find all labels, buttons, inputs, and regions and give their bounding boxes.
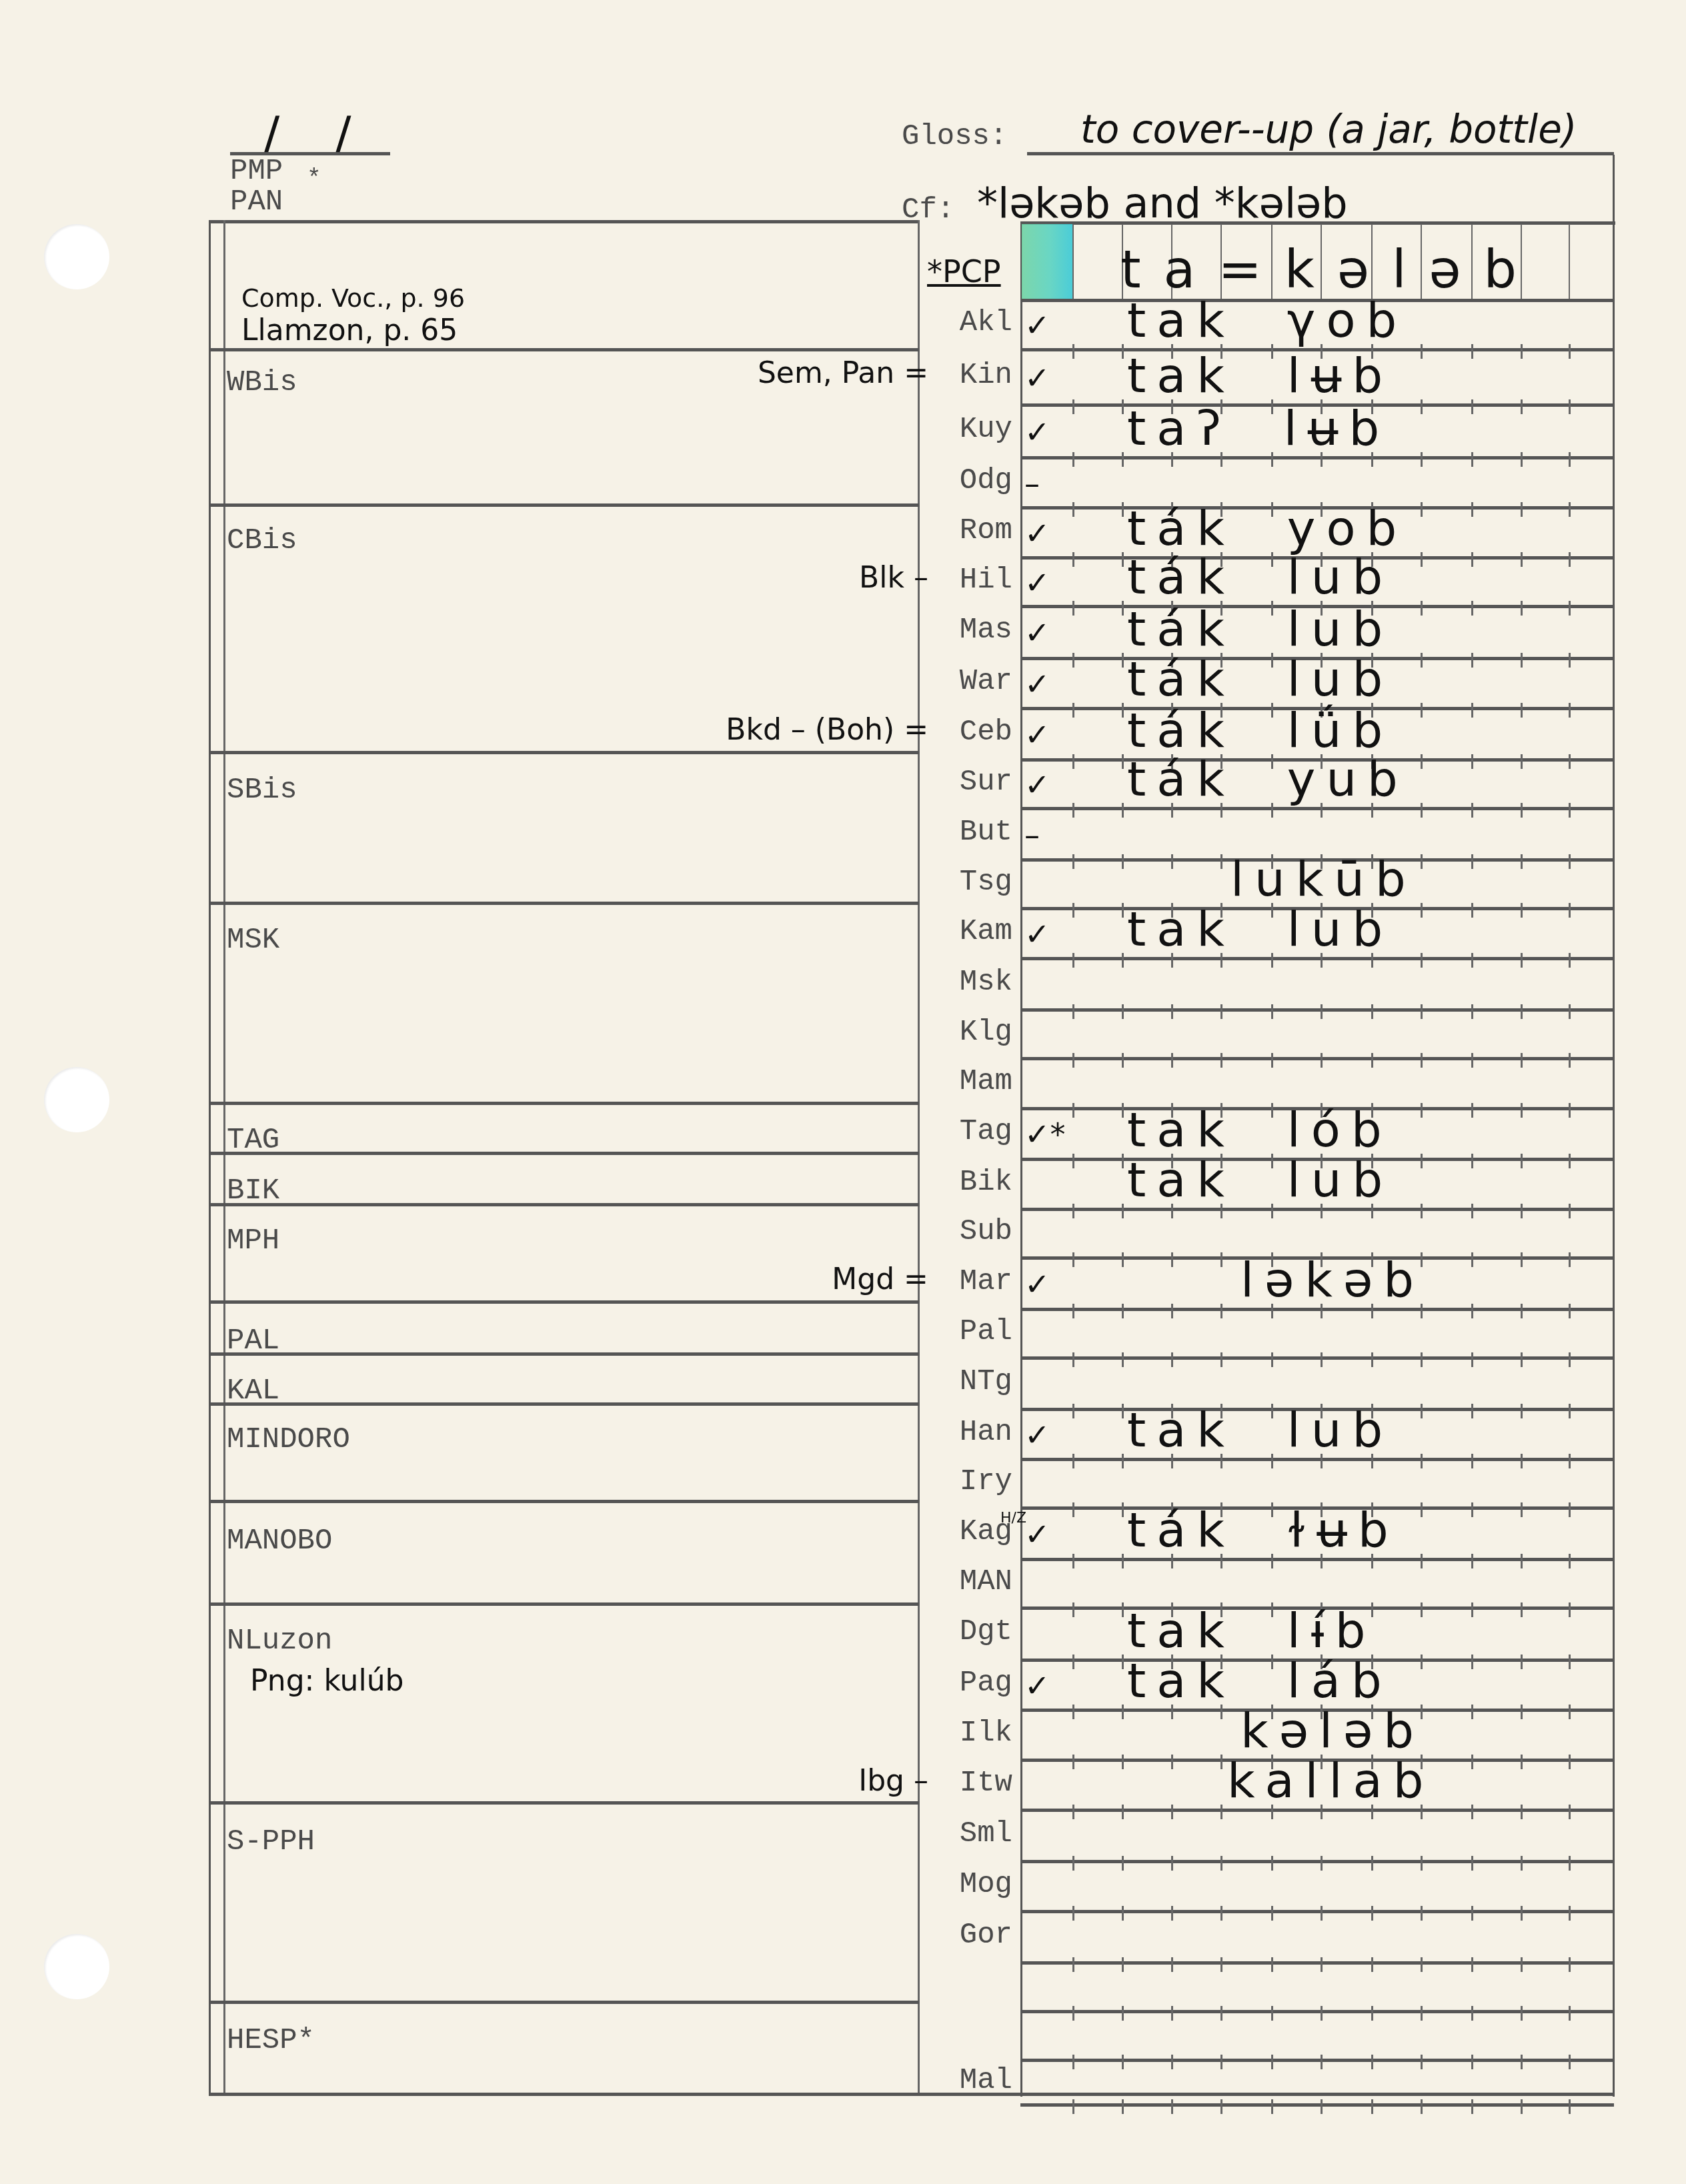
grid-tick [1122,452,1124,467]
grid-tick [1171,2099,1173,2114]
grid-tick [1220,1906,1222,1921]
grid-tick [1521,1655,1523,1669]
grid-tick [1471,601,1473,616]
check-mark: ✓ [1024,615,1050,651]
language-code: Gor [918,1919,1019,1952]
language-code: Mas [918,614,1019,647]
grid-tick [1569,2006,1571,2021]
grid-tick [1521,1154,1523,1168]
grid-tick [1569,1352,1571,1367]
reflex-form: ləkəb [1240,1252,1425,1308]
grid-tick [1471,1906,1473,1921]
subgroup-rule [209,902,919,905]
grid-tick [1521,2055,1523,2069]
reflex-form: tak lub [1127,901,1393,957]
row-rule [1020,1208,1614,1211]
grid-tick [1122,1602,1124,1617]
grid-tick [1122,1252,1124,1267]
language-code: Mog [918,1868,1019,1901]
dialect-prefix: Sem, Pan = [758,356,928,390]
grid-tick [1569,1454,1571,1468]
language-code: Bik [918,1166,1019,1199]
grid-tick [1421,1304,1423,1318]
grid-tick [1521,1004,1523,1019]
grid-tick [1122,502,1124,517]
language-code: Klg [918,1016,1019,1049]
grid-tick [1521,452,1523,467]
subgroup-rule [209,2001,919,2004]
grid-tick [1371,1805,1373,1819]
grid-tick [1271,2055,1273,2069]
grid-tick [1371,1856,1373,1871]
grid-tick [1569,1204,1571,1218]
grid-tick [1569,2055,1571,2069]
grid-tick [1521,1304,1523,1318]
grid-tick [1569,1154,1571,1168]
grid-tick [1521,703,1523,718]
reference-llamzon: Llamzon, p. 65 [241,313,458,347]
grid-tick [1122,1053,1124,1068]
grid-tick [1421,1906,1423,1921]
grid-tick [1122,1304,1124,1318]
grid-tick [1471,1304,1473,1318]
grid-tick [1371,1554,1373,1568]
top-rule-left [209,220,919,223]
grid-tick [1321,953,1323,968]
grid-tick [1521,1906,1523,1921]
grid-tick [1321,1856,1323,1871]
row-rule [1020,456,1614,459]
grid-tick [1122,2099,1124,2114]
grid-tick [1521,1204,1523,1218]
grid-tick [1271,1304,1273,1318]
grid-tick [1521,1957,1523,1972]
check-mark: ✓ [1024,1417,1050,1453]
grid-tick [1421,399,1423,414]
grid-tick [1421,1204,1423,1218]
grid-tick [1220,452,1222,467]
grid-tick [1471,754,1473,769]
grid-tick [1171,1352,1173,1367]
grid-tick [1122,601,1124,616]
grid-tick [1321,1352,1323,1367]
row-rule [1020,1809,1614,1812]
grid-tick [1471,344,1473,359]
row-rule [1020,2010,1614,2013]
check-mark: ✓ [1024,360,1050,396]
reflex-form: tak lób [1127,1102,1393,1158]
grid-tick [1471,1053,1473,1068]
grid-tick [1421,1957,1423,1972]
proto-cell-divider [1072,224,1074,299]
grid-tick [1521,1602,1523,1617]
grid-tick [1171,1957,1173,1972]
grid-tick [1421,803,1423,818]
language-code: Iry [918,1465,1019,1498]
grid-tick [1471,1856,1473,1871]
grid-tick [1521,1053,1523,1068]
grid-tick [1072,1957,1074,1972]
gloss-underline [1027,152,1614,155]
subgroup-rule [209,1801,919,1805]
language-code: Hil [918,564,1019,597]
row-rule [1020,1910,1614,1913]
grid-tick [1421,1502,1423,1517]
grid-tick [1072,1204,1074,1218]
grid-tick [1421,653,1423,668]
hole-punch-middle [44,1067,109,1132]
subgroup-rule [209,503,919,507]
grid-tick [1521,1252,1523,1267]
grid-tick [1220,854,1222,869]
grid-tick [1171,1805,1173,1819]
grid-tick [1171,953,1173,968]
grid-tick [1072,1602,1074,1617]
grid-tick [1220,953,1222,968]
grid-tick [1122,1957,1124,1972]
grid-tick [1471,1404,1473,1418]
grid-tick [1521,1705,1523,1719]
grid-tick [1072,1053,1074,1068]
grid-tick [1072,1755,1074,1769]
grid-tick [1220,1053,1222,1068]
grid-tick [1521,502,1523,517]
grid-tick [1569,803,1571,818]
grid-tick [1122,1655,1124,1669]
grid-tick [1122,399,1124,414]
grid-tick [1421,2006,1423,2021]
grid-tick [1072,2006,1074,2021]
grid-tick [1421,344,1423,359]
grid-tick [1421,953,1423,968]
grid-tick [1072,1154,1074,1168]
grid-tick [1421,1404,1423,1418]
grid-tick [1521,1805,1523,1819]
grid-tick [1220,1856,1222,1871]
grid-tick [1271,1805,1273,1819]
reflex-form: ták lǘb [1127,702,1393,758]
grid-tick [1521,2006,1523,2021]
language-code: Mam [918,1065,1019,1098]
check-mark: ✓ [1024,414,1050,450]
grid-tick [1569,1906,1571,1921]
grid-tick [1271,803,1273,818]
grid-tick [1271,1957,1273,1972]
language-code: But [918,816,1019,849]
grid-tick [1122,803,1124,818]
subgroup-rule [209,1500,919,1503]
grid-tick [1220,1705,1222,1719]
grid-tick [1569,1502,1571,1517]
subgroup-label: MSK [227,924,279,957]
grid-tick [1171,1906,1173,1921]
grid-tick [1569,754,1571,769]
grid-tick [1421,601,1423,616]
grid-tick [1421,2055,1423,2069]
pan-star: * [307,165,321,193]
check-mark: ✓ [1024,1266,1050,1302]
check-mark: ✓ [1024,565,1050,601]
grid-tick [1122,854,1124,869]
grid-tick [1220,1004,1222,1019]
grid-tick [1569,953,1571,968]
subgroup-label: WBis [227,366,297,399]
grid-tick [1471,803,1473,818]
language-code: Tsg [918,866,1019,899]
grid-tick [1171,803,1173,818]
dialect-prefix: Bkd – (Boh) = [726,713,928,747]
grid-tick [1171,452,1173,467]
grid-tick [1072,803,1074,818]
grid-tick [1321,1304,1323,1318]
grid-tick [1072,1856,1074,1871]
grid-tick [1569,1655,1571,1669]
grid-tick [1371,1004,1373,1019]
grid-tick [1220,2055,1222,2069]
grid-tick [1171,1204,1173,1218]
check-mark: ✓* [1024,1116,1066,1152]
row-rule [1020,1458,1614,1461]
grid-tick [1271,1906,1273,1921]
grid-tick [1421,1454,1423,1468]
grid-tick [1122,1103,1124,1118]
grid-tick [1072,1404,1074,1418]
grid-tick [1220,1204,1222,1218]
grid-tick [1122,1705,1124,1719]
grid-tick [1521,1454,1523,1468]
grid-tick [1220,2099,1222,2114]
language-code: Ilk [918,1717,1019,1750]
reflex-form: lukūb [1230,851,1417,907]
grid-tick [1271,2099,1273,2114]
grid-tick [1471,1454,1473,1468]
grid-tick [1421,452,1423,467]
language-code: Msk [918,966,1019,999]
grid-tick [1521,1352,1523,1367]
grid-tick [1220,2006,1222,2021]
grid-tick [1072,399,1074,414]
reference-rule [209,348,919,351]
reflex-form: tak lɨ́b [1127,1602,1377,1659]
grid-tick [1321,1957,1323,1972]
grid-tick [1321,1053,1323,1068]
grid-tick [1569,452,1571,467]
grid-tick [1421,1554,1423,1568]
grid-tick [1471,1252,1473,1267]
gloss-value: to cover--up (a jar, bottle) [1080,107,1577,152]
reflex-form: kallab [1227,1753,1434,1809]
grid-tick [1072,452,1074,467]
reflex-form: ták ɫʉb [1127,1502,1399,1558]
grid-tick [1421,1602,1423,1617]
grid-tick [1471,1103,1473,1118]
check-mark: ✓ [1024,717,1050,753]
grid-tick [1122,903,1124,918]
grid-tick [1122,1805,1124,1819]
grid-tick [1471,1204,1473,1218]
row-rule [1020,1057,1614,1060]
pan-label: PAN [230,185,283,219]
grid-tick [1421,703,1423,718]
grid-tick [1569,1554,1571,1568]
subgroup-rule [209,1102,919,1105]
grid-tick [1271,1053,1273,1068]
subgroup-rule [209,1352,919,1356]
grid-tick [1521,1103,1523,1118]
grid-tick [1271,452,1273,467]
grid-tick [1471,1502,1473,1517]
grid-tick [1569,1755,1571,1769]
hole-punch-bottom [44,1934,109,1999]
grid-tick [1521,552,1523,567]
grid-tick [1421,754,1423,769]
grid-tick [1122,953,1124,968]
grid-tick [1171,2055,1173,2069]
grid-tick [1421,854,1423,869]
grid-tick [1072,703,1074,718]
subgroup-label: SBis [227,774,297,807]
grid-tick [1371,803,1373,818]
grid-tick [1569,1957,1571,1972]
pmp-label: PMP [230,155,283,188]
grid-tick [1171,1004,1173,1019]
language-code: NTg [918,1365,1019,1398]
grid-tick [1371,2006,1373,2021]
row-rule [1020,1558,1614,1561]
grid-tick [1122,1906,1124,1921]
grid-tick [1471,1554,1473,1568]
grid-tick [1421,1053,1423,1068]
check-mark: ✓ [1024,1668,1050,1704]
left-panel-right-border [918,220,920,2093]
reflex-form: kələb [1240,1703,1425,1759]
grid-tick [1471,653,1473,668]
grid-tick [1569,1053,1571,1068]
grid-tick [1521,903,1523,918]
grid-tick [1569,653,1571,668]
row-rule [1020,1961,1614,1965]
grid-tick [1521,1502,1523,1517]
grid-tick [1072,1352,1074,1367]
grid-tick [1072,2099,1074,2114]
grid-tick [1471,1705,1473,1719]
grid-tick [1471,703,1473,718]
subgroup-note: Png: kulúb [250,1664,403,1698]
grid-tick [1569,854,1571,869]
row-rule [1020,1356,1614,1360]
check-mark: ✓ [1024,767,1050,803]
grid-tick [1421,502,1423,517]
check-mark: – [1024,817,1040,853]
grid-tick [1220,1304,1222,1318]
grid-tick [1371,1957,1373,1972]
grid-tick [1072,1252,1074,1267]
grid-tick [1471,2099,1473,2114]
grid-tick [1072,903,1074,918]
language-code: Odg [918,464,1019,497]
reflex-form: taʔ lʉb [1127,400,1390,456]
grid-tick [1321,1204,1323,1218]
grid-tick [1321,2055,1323,2069]
grid-tick [1569,1404,1571,1418]
grid-tick [1421,1352,1423,1367]
grid-tick [1271,2006,1273,2021]
dialect-prefix: Ibg – [858,1764,928,1798]
grid-tick [1171,2006,1173,2021]
grid-tick [1471,903,1473,918]
grid-tick [1122,1352,1124,1367]
grid-tick [1122,1554,1124,1568]
top-rule-right [1020,221,1615,225]
grid-tick [1421,1154,1423,1168]
reflex-form: ták lub [1127,549,1393,605]
grid-tick [1171,1554,1173,1568]
grid-tick [1171,1252,1173,1267]
grid-tick [1122,2055,1124,2069]
grid-tick [1171,854,1173,869]
reflex-form: tak lub [1127,1402,1393,1458]
grid-tick [1072,1906,1074,1921]
grid-tick [1471,1655,1473,1669]
proto-cell-divider [1569,224,1570,299]
grid-tick [1371,1906,1373,1921]
grid-tick [1220,1252,1222,1267]
proto-highlight [1022,224,1072,299]
grid-tick [1471,1957,1473,1972]
cf-value: *ləkəb and *kələb [977,179,1348,227]
grid-tick [1122,1755,1124,1769]
subgroup-label: HESP* [227,2024,315,2057]
grid-tick [1321,2099,1323,2114]
subgroup-rule [209,1602,919,1606]
check-mark: ✓ [1024,1516,1050,1552]
reflex-form: tak γob [1127,292,1407,348]
grid-tick [1072,1454,1074,1468]
grid-tick [1271,1554,1273,1568]
check-mark: ✓ [1024,666,1050,702]
grid-tick [1220,803,1222,818]
reflex-form: ták yub [1127,751,1409,807]
grid-tick [1122,754,1124,769]
grid-tick [1122,2006,1124,2021]
grid-tick [1371,953,1373,968]
grid-tick [1521,2099,1523,2114]
grid-right-border [1613,155,1615,2097]
grid-tick [1220,1454,1222,1468]
grid-tick [1471,2006,1473,2021]
grid-tick [1569,502,1571,517]
grid-tick [1122,1502,1124,1517]
subgroup-rule [209,1152,919,1155]
grid-tick [1421,1655,1423,1669]
grid-tick [1521,653,1523,668]
grid-tick [1569,1103,1571,1118]
grid-tick [1421,1103,1423,1118]
language-code: War [918,665,1019,698]
grid-tick [1072,653,1074,668]
grid-tick [1421,1805,1423,1819]
grid-tick [1321,2006,1323,2021]
language-code: MAN [918,1565,1019,1598]
grid-tick [1220,1957,1222,1972]
grid-tick [1072,1805,1074,1819]
grid-tick [1220,1805,1222,1819]
grid-tick [1521,803,1523,818]
reflex-form: tak láb [1127,1653,1393,1709]
reflex-form: ták yob [1127,500,1407,556]
grid-tick [1371,1454,1373,1468]
grid-tick [1521,1404,1523,1418]
